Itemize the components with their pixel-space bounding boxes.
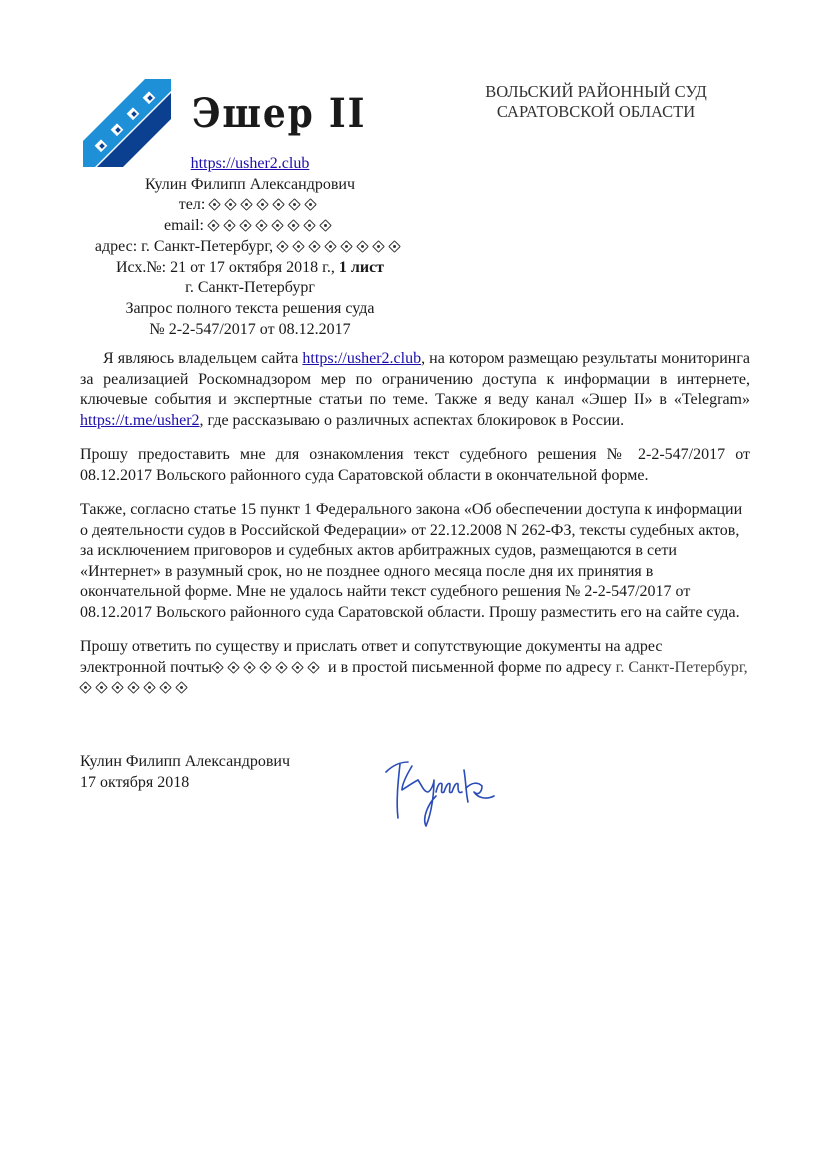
website-link-inline[interactable]: https://usher2.club	[302, 350, 421, 367]
redacted-glyph-icon	[273, 199, 284, 210]
redacted-glyph-icon	[240, 220, 251, 231]
redacted-glyph-icon	[257, 199, 268, 210]
redacted-glyph-icon	[309, 241, 320, 252]
page-count: 1 лист	[339, 259, 384, 276]
redacted-address-inline	[80, 678, 192, 699]
redacted-glyph-icon	[112, 682, 123, 693]
redacted-glyph-icon	[308, 662, 319, 673]
brand-name: Эшер II	[192, 90, 366, 137]
redacted-glyph-icon	[292, 662, 303, 673]
response-text-middle: и в простой письменной форме по адресу	[324, 659, 616, 676]
sender-block: https://usher2.club Кулин Филипп Алексан…	[70, 154, 430, 340]
redacted-glyph-icon	[209, 199, 220, 210]
redacted-glyph-icon	[212, 662, 223, 673]
redacted-glyph-icon	[96, 682, 107, 693]
redacted-glyph-icon	[320, 220, 331, 231]
website-link[interactable]: https://usher2.club	[191, 155, 310, 172]
phone-label: тел:	[179, 196, 206, 213]
email-label: email:	[164, 217, 204, 234]
redacted-glyph-icon	[276, 662, 287, 673]
redacted-email-inline	[212, 658, 324, 679]
closing-name: Кулин Филипп Александрович	[80, 752, 290, 773]
redacted-glyph-icon	[389, 241, 400, 252]
response-address: г. Санкт-Петербург,	[616, 659, 748, 676]
redacted-glyph-icon	[244, 662, 255, 673]
addressee: ВОЛЬСКИЙ РАЙОННЫЙ СУД САРАТОВСКОЙ ОБЛАСТ…	[466, 82, 726, 122]
redacted-glyph-icon	[260, 662, 271, 673]
redacted-glyph-icon	[225, 199, 236, 210]
sender-phone: тел:	[70, 195, 430, 216]
sender-name: Кулин Филипп Александрович	[70, 175, 430, 196]
redacted-glyph-icon	[277, 241, 288, 252]
handwritten-signature	[378, 752, 513, 832]
redacted-glyph-icon	[305, 199, 316, 210]
subject-line-2: № 2-2-547/2017 от 08.12.2017	[70, 320, 430, 341]
redacted-glyph-icon	[325, 241, 336, 252]
intro-text-end: , где рассказываю о различных аспектах б…	[200, 412, 625, 429]
sender-city: г. Санкт-Петербург	[70, 278, 430, 299]
letter-body: Я являюсь владельцем сайта https://usher…	[80, 349, 750, 713]
intro-text: Я являюсь владельцем сайта	[103, 350, 302, 367]
paragraph-request: Прошу предоставить мне для ознакомления …	[80, 445, 750, 486]
redacted-glyph-icon	[293, 241, 304, 252]
redacted-glyph-icon	[357, 241, 368, 252]
redacted-address	[277, 237, 405, 258]
redacted-glyph-icon	[144, 682, 155, 693]
telegram-link[interactable]: https://t.me/usher2	[80, 412, 200, 429]
closing-block: Кулин Филипп Александрович 17 октября 20…	[80, 752, 290, 793]
redacted-glyph-icon	[208, 220, 219, 231]
subject-line-1: Запрос полного текста решения суда	[70, 299, 430, 320]
redacted-glyph-icon	[80, 682, 91, 693]
paragraph-response-request: Прошу ответить по существу и прислать от…	[80, 637, 750, 699]
outgoing-ref-text: Исх.№: 21 от 17 октября 2018 г.,	[116, 259, 335, 276]
redacted-phone	[209, 195, 321, 216]
address-label: адрес: г. Санкт-Петербург,	[95, 238, 273, 255]
redacted-glyph-icon	[224, 220, 235, 231]
redacted-glyph-icon	[256, 220, 267, 231]
paragraph-law-reference: Также, согласно статье 15 пункт 1 Федера…	[80, 500, 750, 623]
redacted-email	[208, 216, 336, 237]
redacted-glyph-icon	[160, 682, 171, 693]
redacted-glyph-icon	[228, 662, 239, 673]
closing-date: 17 октября 2018	[80, 773, 290, 794]
redacted-glyph-icon	[288, 220, 299, 231]
redacted-glyph-icon	[176, 682, 187, 693]
outgoing-reference: Исх.№: 21 от 17 октября 2018 г., 1 лист	[70, 258, 430, 279]
redacted-glyph-icon	[341, 241, 352, 252]
sender-email: email:	[70, 216, 430, 237]
redacted-glyph-icon	[373, 241, 384, 252]
sender-address: адрес: г. Санкт-Петербург,	[70, 237, 430, 258]
redacted-glyph-icon	[128, 682, 139, 693]
addressee-line-2: САРАТОВСКОЙ ОБЛАСТИ	[466, 102, 726, 122]
redacted-glyph-icon	[241, 199, 252, 210]
redacted-glyph-icon	[272, 220, 283, 231]
redacted-glyph-icon	[289, 199, 300, 210]
redacted-glyph-icon	[304, 220, 315, 231]
paragraph-intro: Я являюсь владельцем сайта https://usher…	[80, 349, 750, 431]
addressee-line-1: ВОЛЬСКИЙ РАЙОННЫЙ СУД	[466, 82, 726, 102]
